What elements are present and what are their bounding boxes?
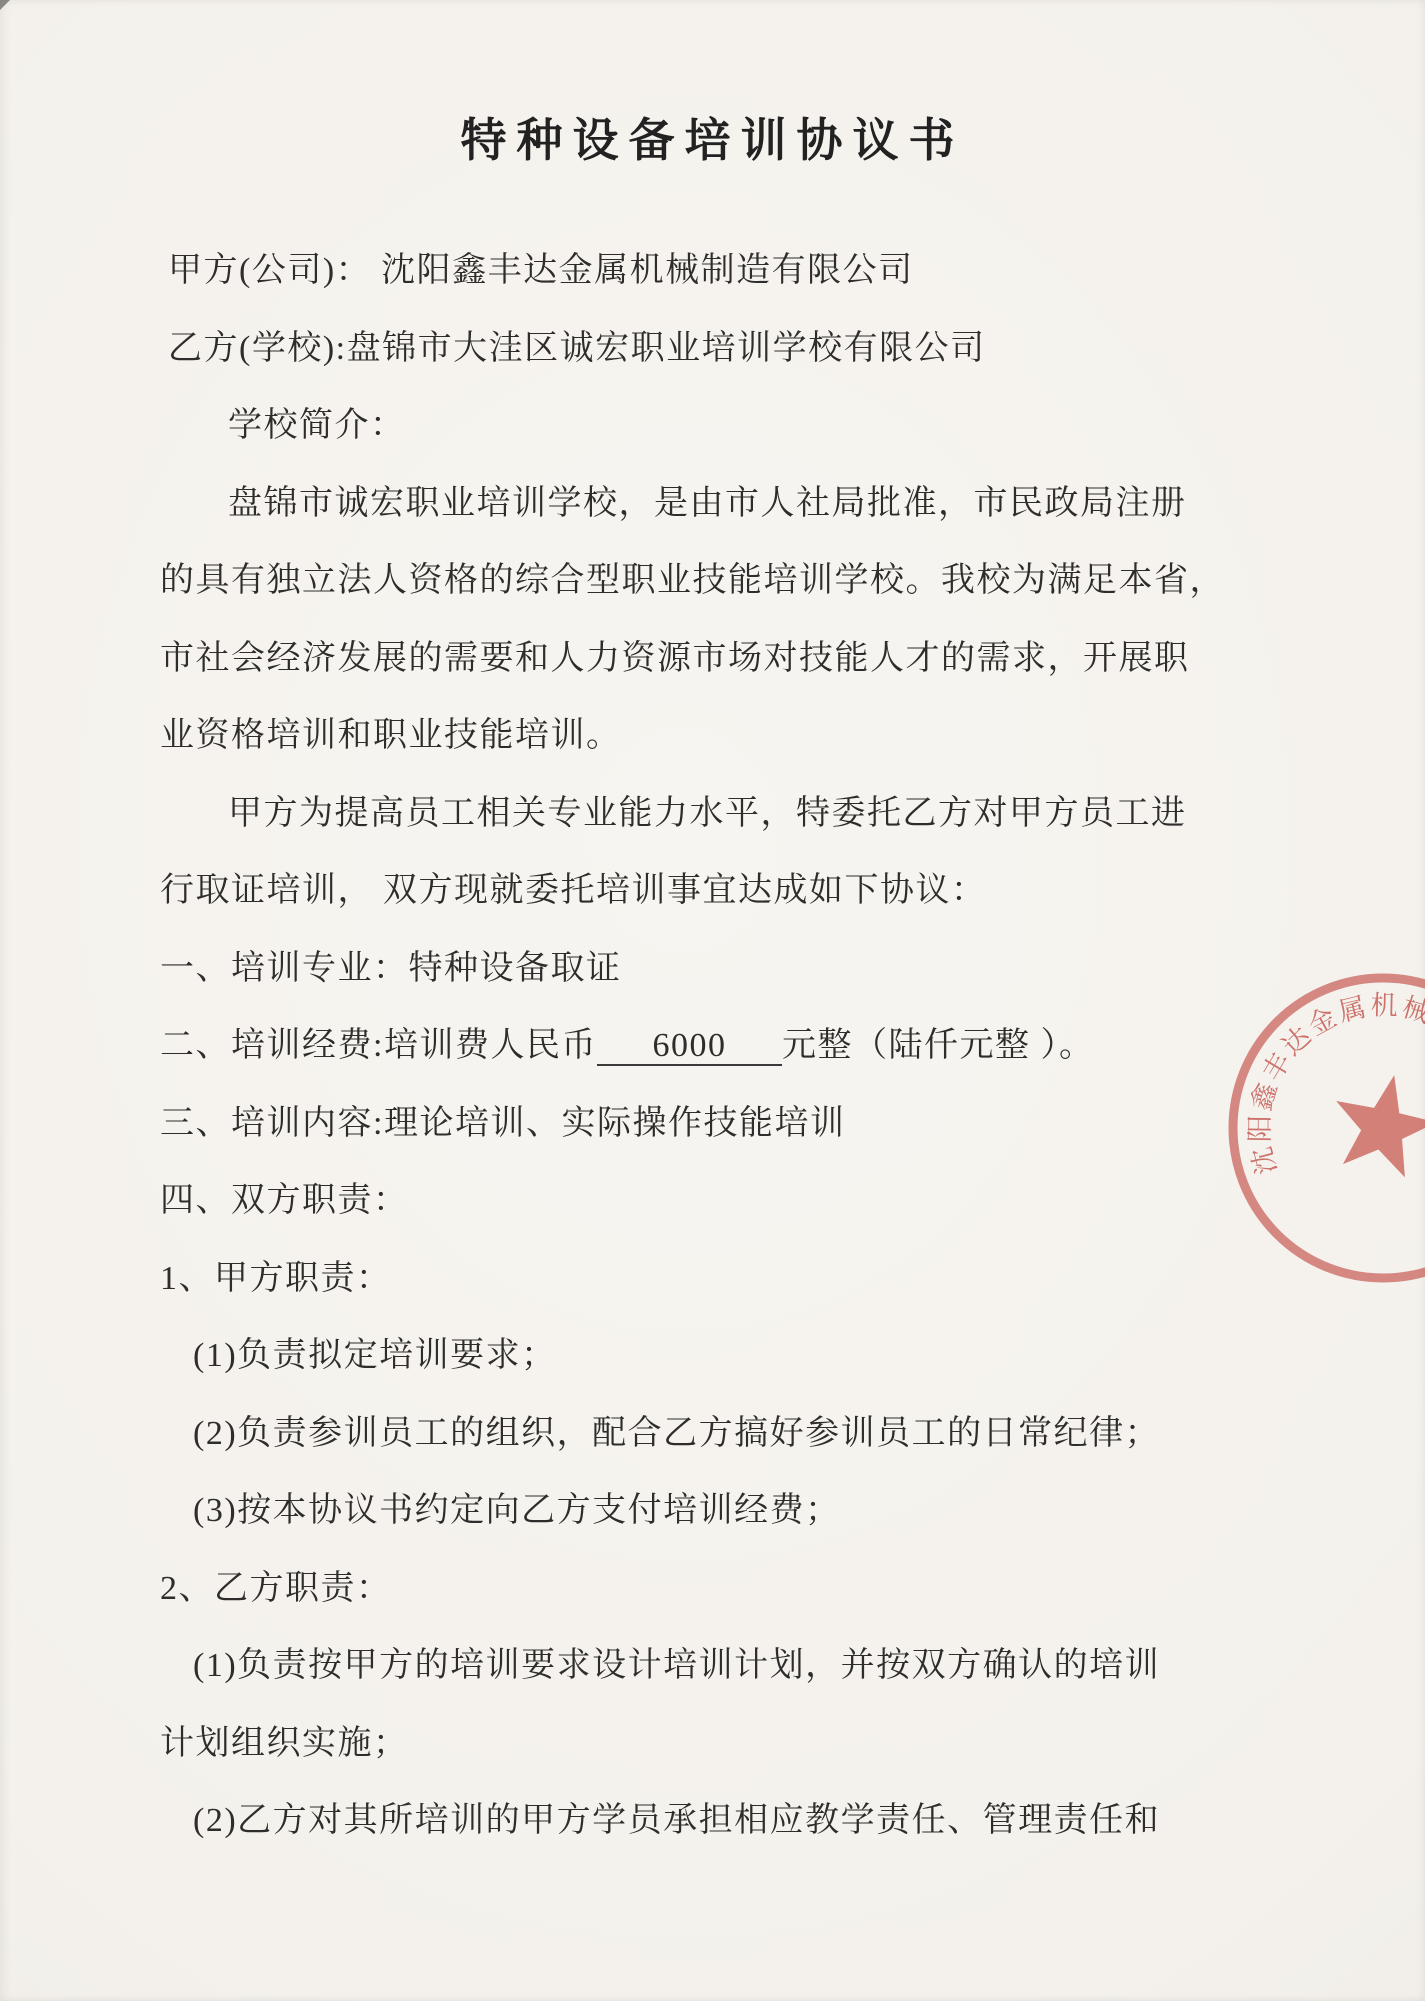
doc-line: 1、甲方职责： (0, 1240, 1425, 1318)
doc-line: 市社会经济发展的需要和人力资源市场对技能人才的需求，开展职 (0, 620, 1425, 698)
seal-star-icon (1324, 1064, 1425, 1181)
doc-line: 盘锦市诚宏职业培训学校，是由市人社局批准，市民政局注册 (0, 465, 1425, 543)
document-title: 特种设备培训协议书 (0, 104, 1425, 170)
doc-line: 二、培训经费:培训费人民币6000元整（陆仟元整 ）。 (0, 1007, 1425, 1085)
scanned-document-page: 特种设备培训协议书 甲方(公司)： 沈阳鑫丰达金属机械制造有限公司乙方(学校):… (0, 0, 1425, 2001)
doc-line: 四、双方职责： (0, 1162, 1425, 1240)
doc-line: 三、培训内容:理论培训、实际操作技能培训 (0, 1085, 1425, 1163)
doc-line: 一、培训专业：特种设备取证 (0, 930, 1425, 1008)
doc-line: 学校简介： (0, 387, 1425, 465)
doc-line: (1)负责按甲方的培训要求设计培训计划，并按双方确认的培训 (0, 1627, 1425, 1705)
doc-line: (2)负责参训员工的组织，配合乙方搞好参训员工的日常纪律； (0, 1395, 1425, 1473)
scan-artifact-corner (0, 0, 10, 10)
doc-line-segment: 元整（陆仟元整 ）。 (782, 1027, 1095, 1064)
company-seal-stamp: 沈阳鑫丰达金属机械制造有限公司 (1213, 958, 1425, 1298)
document-body: 甲方(公司)： 沈阳鑫丰达金属机械制造有限公司乙方(学校):盘锦市大洼区诚宏职业… (0, 232, 1425, 1860)
doc-line: 2、乙方职责： (0, 1550, 1425, 1628)
doc-line: 甲方(公司)： 沈阳鑫丰达金属机械制造有限公司 (0, 232, 1425, 310)
doc-line: 行取证培训， 双方现就委托培训事宜达成如下协议： (0, 852, 1425, 930)
doc-line: (3)按本协议书约定向乙方支付培训经费； (0, 1472, 1425, 1550)
doc-line: 乙方(学校):盘锦市大洼区诚宏职业培训学校有限公司 (0, 310, 1425, 388)
doc-line: 计划组织实施； (0, 1705, 1425, 1783)
fee-amount-fill: 6000 (597, 1027, 782, 1066)
doc-line: 的具有独立法人资格的综合型职业技能培训学校。我校为满足本省， (0, 542, 1425, 620)
doc-line: 甲方为提高员工相关专业能力水平，特委托乙方对甲方员工进 (0, 775, 1425, 853)
doc-line-segment: 二、培训经费:培训费人民币 (160, 1027, 597, 1064)
doc-line: (1)负责拟定培训要求； (0, 1317, 1425, 1395)
doc-line: (2)乙方对其所培训的甲方学员承担相应教学责任、管理责任和 (0, 1782, 1425, 1860)
doc-line: 业资格培训和职业技能培训。 (0, 697, 1425, 775)
